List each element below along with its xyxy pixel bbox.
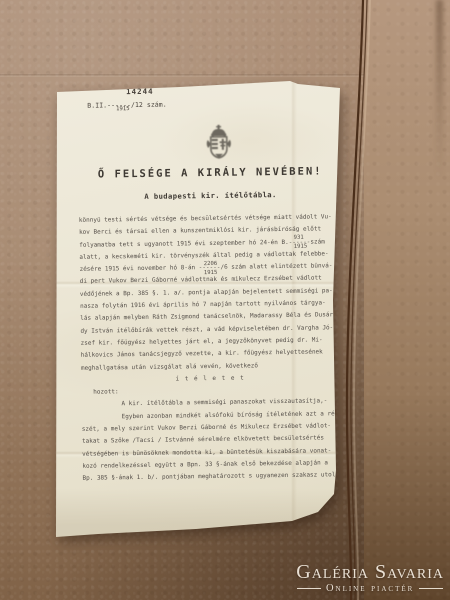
reference-suffix: /12 szám.	[131, 101, 167, 109]
document-subtitle: A budapesti kir. ítélőtábla.	[84, 189, 336, 202]
document-stamp-number: 14244	[126, 87, 154, 96]
document-paper-wrapper: 14244 B.II.------1915/12 szám.	[0, 0, 450, 600]
document-paper: 14244 B.II.------1915/12 szám.	[0, 0, 450, 600]
interlinear-case-number: 931------1915	[289, 236, 311, 249]
document-reference-number: B.II.------1915/12 szám.	[87, 101, 167, 110]
watermark-right-rule	[419, 588, 443, 589]
watermark-subtitle-row: Online piactér	[296, 583, 444, 594]
reference-year-fraction: -----1915	[111, 101, 131, 109]
watermark-subtitle: Online piactér	[326, 583, 414, 594]
document-body: könnyü testi sértés vétsége és becsülets…	[79, 211, 341, 485]
watermark-title: Galéria Savaria	[296, 562, 444, 582]
document-content: 14244 B.II.------1915/12 szám.	[0, 0, 450, 600]
interlinear-case-number: 2206------1915	[199, 262, 221, 275]
hungarian-coat-of-arms-icon	[205, 124, 234, 162]
photo-scene: 14244 B.II.------1915/12 szám.	[0, 0, 450, 600]
watermark-left-rule	[297, 588, 321, 589]
document-title: Ő FELSÉGE A KIRÁLY NEVÉBEN!	[84, 165, 336, 181]
reference-prefix: B.II.-	[87, 101, 111, 109]
body-line: Bp. 385 §-ának 1. b/. pontjában meghatár…	[82, 469, 340, 485]
gallery-watermark: Galéria Savaria Online piactér	[296, 562, 444, 594]
